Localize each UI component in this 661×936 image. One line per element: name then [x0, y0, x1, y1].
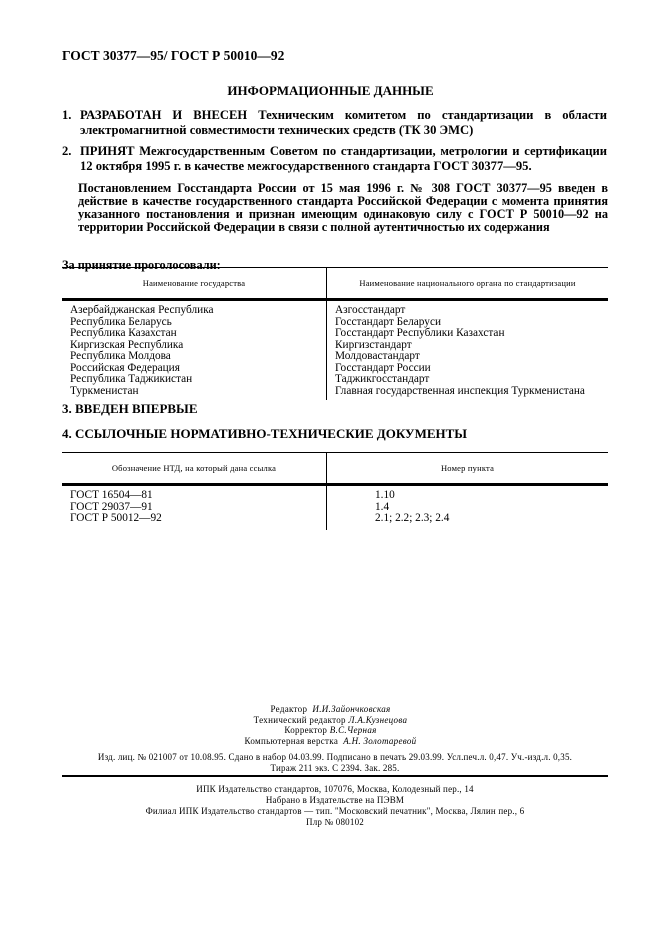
- credits-block: Редактор И.И.Зайончковская Технический р…: [0, 704, 661, 746]
- credit-role: Технический редактор: [254, 715, 346, 725]
- state-cell: Республика Казахстан: [62, 328, 327, 340]
- item-number: 1.: [62, 108, 71, 123]
- item-text: ПРИНЯТ Межгосударственным Советом по ста…: [80, 144, 607, 174]
- state-cell: Республика Молдова: [62, 351, 327, 363]
- credit-line: Компьютерная верстка А.Н. Золотаревой: [0, 736, 661, 747]
- column-header-standards-body: Наименование национального органа по ста…: [327, 268, 609, 300]
- credit-role: Корректор: [284, 725, 327, 735]
- page-title: ИНФОРМАЦИОННЫЕ ДАННЫЕ: [0, 83, 661, 99]
- voting-states-table: Наименование государства Наименование на…: [62, 267, 608, 400]
- document-cell: ГОСТ 16504—81: [62, 485, 327, 502]
- publisher-block: ИПК Издательство стандартов, 107076, Мос…: [62, 784, 608, 828]
- publisher-line: Филиал ИПК Издательство стандартов — тип…: [62, 806, 608, 817]
- section-4-heading: 4. ССЫЛОЧНЫЕ НОРМАТИВНО-ТЕХНИЧЕСКИЕ ДОКУ…: [62, 426, 467, 442]
- state-cell: Азербайджанская Республика: [62, 300, 327, 317]
- item-number: 2.: [62, 144, 71, 159]
- table-row: Республика КазахстанГосстандарт Республи…: [62, 328, 608, 340]
- credit-line: Корректор В.С.Черная: [0, 725, 661, 736]
- divider-rule: [62, 775, 608, 777]
- column-header-state: Наименование государства: [62, 268, 327, 300]
- credit-role: Компьютерная верстка: [245, 736, 339, 746]
- item-text: РАЗРАБОТАН И ВНЕСЕН Техническим комитето…: [80, 108, 607, 138]
- body-cell: Главная государственная инспекция Туркме…: [327, 386, 609, 401]
- publisher-line: Плр № 080102: [62, 817, 608, 828]
- body-cell: Госстандарт Республики Казахстан: [327, 328, 609, 340]
- column-header-document: Обозначение НТД, на который дана ссылка: [62, 453, 327, 485]
- credit-name: В.С.Черная: [330, 725, 377, 735]
- credit-role: Редактор: [270, 704, 307, 714]
- table-row: ГОСТ Р 50012—922.1; 2.2; 2.3; 2.4: [62, 513, 608, 530]
- section-3-heading: 3. ВВЕДЕН ВПЕРВЫЕ: [62, 401, 198, 417]
- credit-line: Технический редактор Л.А.Кузнецова: [0, 715, 661, 726]
- body-cell: Таджикгосстандарт: [327, 374, 609, 386]
- table-row: Азербайджанская РеспубликаАзгосстандарт: [62, 300, 608, 317]
- info-item-2: 2. ПРИНЯТ Межгосударственным Советом по …: [62, 144, 607, 174]
- body-cell: Молдовастандарт: [327, 351, 609, 363]
- clause-cell: 2.1; 2.2; 2.3; 2.4: [327, 513, 609, 530]
- document-cell: ГОСТ Р 50012—92: [62, 513, 327, 530]
- table-row: ТуркменистанГлавная государственная инсп…: [62, 386, 608, 401]
- state-cell: Туркменистан: [62, 386, 327, 401]
- credit-name: Л.А.Кузнецова: [348, 715, 407, 725]
- column-header-clause: Номер пункта: [327, 453, 609, 485]
- credit-name: И.И.Зайончковская: [312, 704, 390, 714]
- publisher-line: ИПК Издательство стандартов, 107076, Мос…: [62, 784, 608, 795]
- clause-cell: 1.10: [327, 485, 609, 502]
- print-info-line: Изд. лиц. № 021007 от 10.08.95. Сдано в …: [62, 752, 608, 763]
- print-info: Изд. лиц. № 021007 от 10.08.95. Сдано в …: [62, 752, 608, 774]
- publisher-line: Набрано в Издательстве на ПЭВМ: [62, 795, 608, 806]
- table-row: Республика МолдоваМолдовастандарт: [62, 351, 608, 363]
- reference-documents-table: Обозначение НТД, на который дана ссылка …: [62, 452, 608, 530]
- credit-name: А.Н. Золотаревой: [343, 736, 416, 746]
- clause-cell: 1.4: [327, 502, 609, 514]
- state-cell: Республика Таджикистан: [62, 374, 327, 386]
- resolution-paragraph: Постановлением Госстандарта России от 15…: [78, 182, 608, 234]
- document-code-header: ГОСТ 30377—95/ ГОСТ Р 50010—92: [62, 48, 284, 64]
- table-row: Республика ТаджикистанТаджикгосстандарт: [62, 374, 608, 386]
- info-item-1: 1. РАЗРАБОТАН И ВНЕСЕН Техническим комит…: [62, 108, 607, 138]
- credit-line: Редактор И.И.Зайончковская: [0, 704, 661, 715]
- table-row: ГОСТ 16504—811.10: [62, 485, 608, 502]
- print-info-line: Тираж 211 экз. С 2394. Зак. 285.: [62, 763, 608, 774]
- body-cell: Азгосстандарт: [327, 300, 609, 317]
